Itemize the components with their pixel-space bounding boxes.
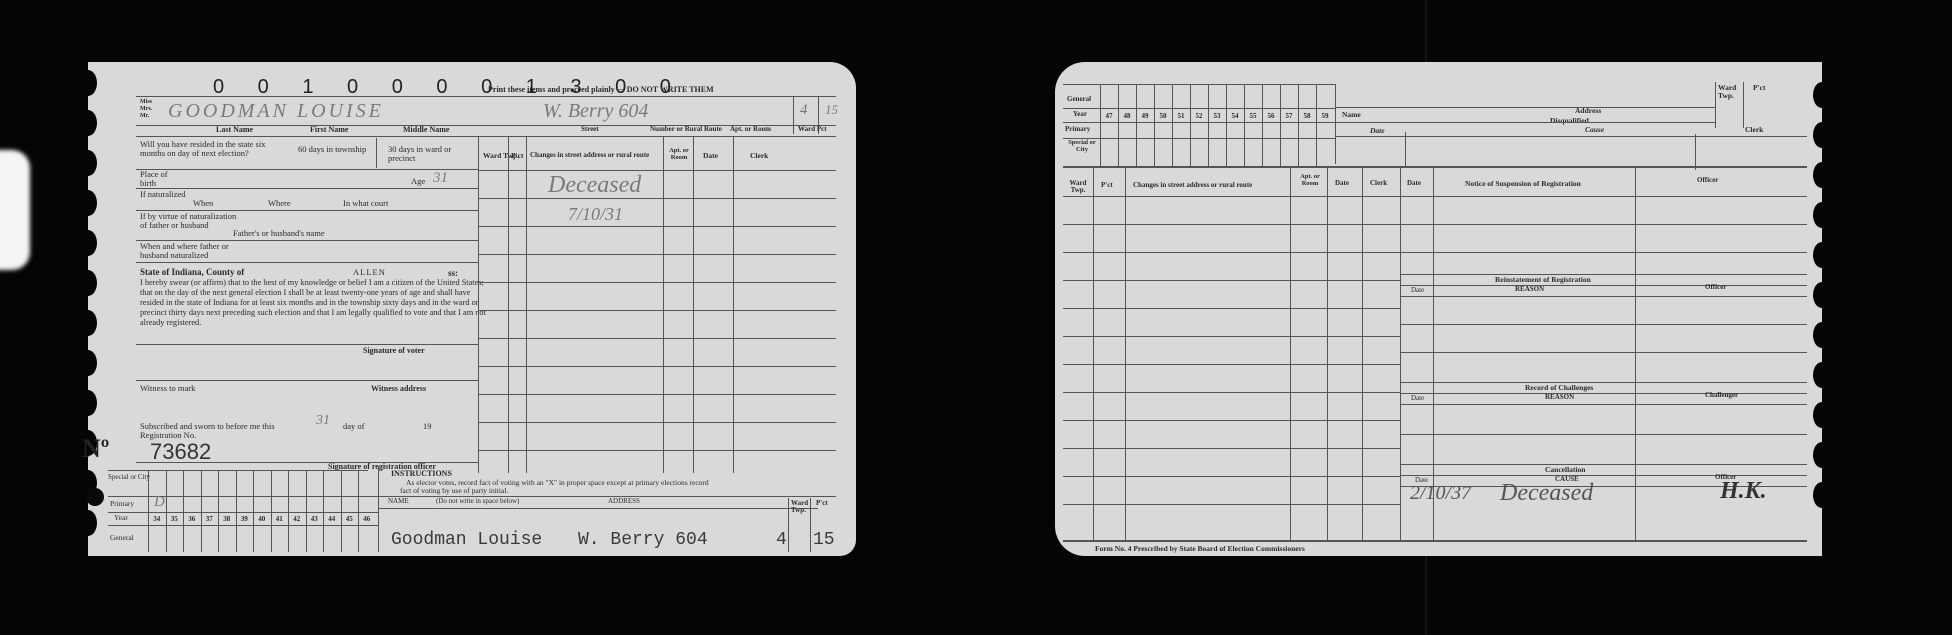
row-general: General [110,534,134,542]
registration-card-front: 0 0 1 0 0 0 0 1 3 0 0 Print these items … [88,62,856,556]
card-notch [1813,202,1831,228]
day-handwritten: 31 [316,413,330,429]
label-when: When [193,199,213,208]
form-footer: Form No. 4 Prescribed by State Board of … [1095,545,1305,553]
year-cell: 41 [271,515,289,523]
instructions-note: (Do not write in space below) [436,498,519,506]
cancel-date-handwritten: 2/10/37 [1410,482,1471,505]
year-cell: 44 [323,515,341,523]
grid-divider [288,470,289,552]
label-60-days: 60 days in township [298,145,368,154]
label-last-name: Last Name [216,126,253,134]
number-mark: Nº [82,434,109,464]
col-clerk: Clerk [750,152,768,160]
col-suspension-officer: Officer [1697,177,1718,184]
typed-ward: 4 [776,530,787,550]
grid-divider [201,470,202,552]
card-notch [79,190,97,216]
challenges-title: Record of Challenges [1525,384,1593,392]
label-date-r: Date [1370,127,1385,135]
col-apt-room-r: Apt. or Room [1295,174,1325,188]
year-cell: 35 [166,515,184,523]
label-signature-voter: Signature of voter [363,347,425,355]
year-cell: 42 [288,515,306,523]
card-notch [1813,82,1831,108]
label-name-bottom: NAME [388,498,409,506]
typed-voter-name: Goodman Louise [391,530,542,550]
label-state-county: State of Indiana, County of [140,268,244,277]
grid-divider [1190,84,1191,166]
year-cell: 53 [1208,112,1226,120]
label-apt-room: Apt. or Room [730,126,771,133]
year-cell: 57 [1280,112,1298,120]
card-notch [1813,482,1831,508]
card-notch [1813,442,1831,468]
grid-divider [271,470,272,552]
grid-divider [323,470,324,552]
grid-divider [1118,84,1119,166]
col-reinstate-date: Date [1411,287,1424,295]
col-reinstate-reason: REASON [1515,286,1544,293]
col-changes: Changes in street address or rural route [530,152,649,159]
grid-divider [1280,84,1281,166]
label-where: Where [268,199,291,208]
label-witness-mark: Witness to mark [140,384,195,393]
label-first-name: First Name [310,126,348,134]
grid-divider [341,470,342,552]
instructions-text-2: fact of voting by use of party initial. [400,487,508,495]
label-court: In what court [343,199,388,208]
year-cell: 34 [148,515,166,523]
label-cause-r: Cause [1585,126,1604,134]
reinstatement-title: Reinstatement of Registration [1495,276,1591,284]
label-disqualified: Disqualified [1550,117,1589,125]
label-name-r: Name [1342,111,1361,119]
grid-divider [1172,84,1173,166]
card-notch [1813,282,1831,308]
label-address-r: Address [1575,107,1601,115]
label-fathers-name: Father's or husband's name [233,229,325,238]
year-cell: 50 [1154,112,1172,120]
col-date-r: Date [1335,180,1349,187]
label-day-of: day of [343,422,364,431]
col-pct-r: P'ct [1101,182,1113,189]
row-year-r: Year [1073,111,1087,118]
year-cell: 52 [1190,112,1208,120]
primary-party-mark: D [154,494,165,511]
card-notch [1813,122,1831,148]
card-notch [79,230,97,256]
col-reinstate-officer: Officer [1705,284,1726,291]
card-notch [79,390,97,416]
scan-glare [0,150,30,270]
oath-text: I hereby swear (or affirm) that to the b… [140,278,490,328]
year-cell: 51 [1172,112,1190,120]
grid-divider [218,470,219,552]
grid-divider [1208,84,1209,166]
grid-divider [1244,84,1245,166]
year-cell: 49 [1136,112,1154,120]
row-year: Year [114,514,128,522]
year-cell: 46 [358,515,376,523]
card-notch [79,70,97,96]
grid-divider [1298,84,1299,166]
col-challenge-date: Date [1411,395,1424,403]
col-challenge-challenger: Challenger [1705,392,1738,399]
card-notch [79,110,97,136]
label-street: Street [581,126,599,133]
grid-divider [166,470,167,552]
label-witness-address: Witness address [371,385,426,393]
year-cell: 58 [1298,112,1316,120]
year-cell: 39 [236,515,254,523]
label-ward-bottom: Ward Twp. [791,500,809,515]
label-age: Age [411,177,425,186]
typed-pct: 15 [813,530,835,550]
label-year-prefix: 19 [423,422,432,431]
grid-divider [1262,84,1263,166]
row-general-r: General [1067,96,1091,103]
col-date: Date [703,152,718,160]
label-address-bottom: ADDRESS [608,498,640,506]
label-resided-question: Will you have resided in the state six m… [140,140,270,159]
col-pct: P'ct [511,152,524,160]
col-suspension-notice: Notice of Suspension of Registration [1465,180,1581,188]
grid-divider [236,470,237,552]
label-ward-pct: Ward Pct [798,126,827,133]
grid-divider [253,470,254,552]
change-entry-deceased: Deceased [548,172,641,199]
card-notch [79,510,97,536]
year-cell: 59 [1316,112,1334,120]
card-notch [79,310,97,336]
year-cell: 55 [1244,112,1262,120]
year-cell: 54 [1226,112,1244,120]
card-notch [1813,322,1831,348]
grid-divider [1316,84,1317,166]
card-notch [79,270,97,296]
label-number-route: Number or Rural Route [650,126,722,133]
card-notch [1813,402,1831,428]
year-cell: 48 [1118,112,1136,120]
change-entry-date: 7/10/31 [568,204,623,225]
row-primary-r: Primary [1065,126,1090,133]
label-place-birth: Place of birth [140,170,180,189]
card-notch [1813,162,1831,188]
year-cell: 38 [218,515,236,523]
punch-hole [86,488,104,506]
label-middle-name: Middle Name [403,126,449,134]
grid-divider [1100,84,1101,166]
label-when-where-father: When and where father or husband natural… [140,242,250,261]
year-cell: 47 [1100,112,1118,120]
cancellation-title: Cancellation [1545,466,1585,474]
year-cell: 45 [341,515,359,523]
cancel-officer-initials: H.K. [1720,478,1767,505]
col-changes-r: Changes in street address or rural route [1133,182,1252,189]
grid-divider [1154,84,1155,166]
col-apt-room: Apt. or Room [668,148,690,162]
year-cell: 43 [306,515,324,523]
grid-divider [1136,84,1137,166]
voter-address-handwritten: W. Berry 604 [543,100,648,123]
card-notch [1813,362,1831,388]
title-prefix: MissMrs.Mr. [140,99,152,120]
label-by-virtue: If by virtue of naturalization of father… [140,212,240,231]
col-suspension-date: Date [1407,180,1421,187]
year-cell: 56 [1262,112,1280,120]
card-notch [79,350,97,376]
col-clerk-r: Clerk [1370,180,1387,187]
county-value: ALLEN [353,268,386,277]
grid-divider [358,470,359,552]
card-notch [1813,242,1831,268]
registration-card-back: General Year Primary Special or City Nam… [1055,62,1822,556]
age-handwritten: 31 [433,170,448,187]
label-clerk-r: Clerk [1745,126,1763,134]
col-ward-twp-r: Ward Twp. [1067,180,1089,195]
label-ward-twp-r: Ward Twp. [1718,84,1740,100]
ward-handwritten: 4 [800,102,808,119]
grid-divider [183,470,184,552]
row-primary: Primary [110,500,134,508]
header-note: Print these items and proceed plainly — … [488,86,714,94]
year-cell: 40 [253,515,271,523]
card-notch [79,150,97,176]
grid-divider [306,470,307,552]
row-special-city: Special or City [108,474,146,481]
grid-divider [148,470,149,552]
row-special-city-r: Special or City [1065,140,1099,153]
typed-voter-address: W. Berry 604 [578,530,708,550]
year-cell: 36 [183,515,201,523]
cancel-cause-handwritten: Deceased [1500,480,1593,507]
label-if-naturalized: If naturalized [140,190,190,199]
year-cell: 37 [201,515,219,523]
grid-divider [1226,84,1227,166]
voter-name-handwritten: GOODMAN LOUISE [168,100,384,123]
pct-handwritten: 15 [825,102,838,118]
label-30-days: 30 days in ward or precinct [388,145,468,164]
label-pct-bottom: P'ct [816,500,828,507]
col-challenge-reason: REASON [1545,394,1574,401]
label-pct-r: P'ct [1753,84,1766,92]
